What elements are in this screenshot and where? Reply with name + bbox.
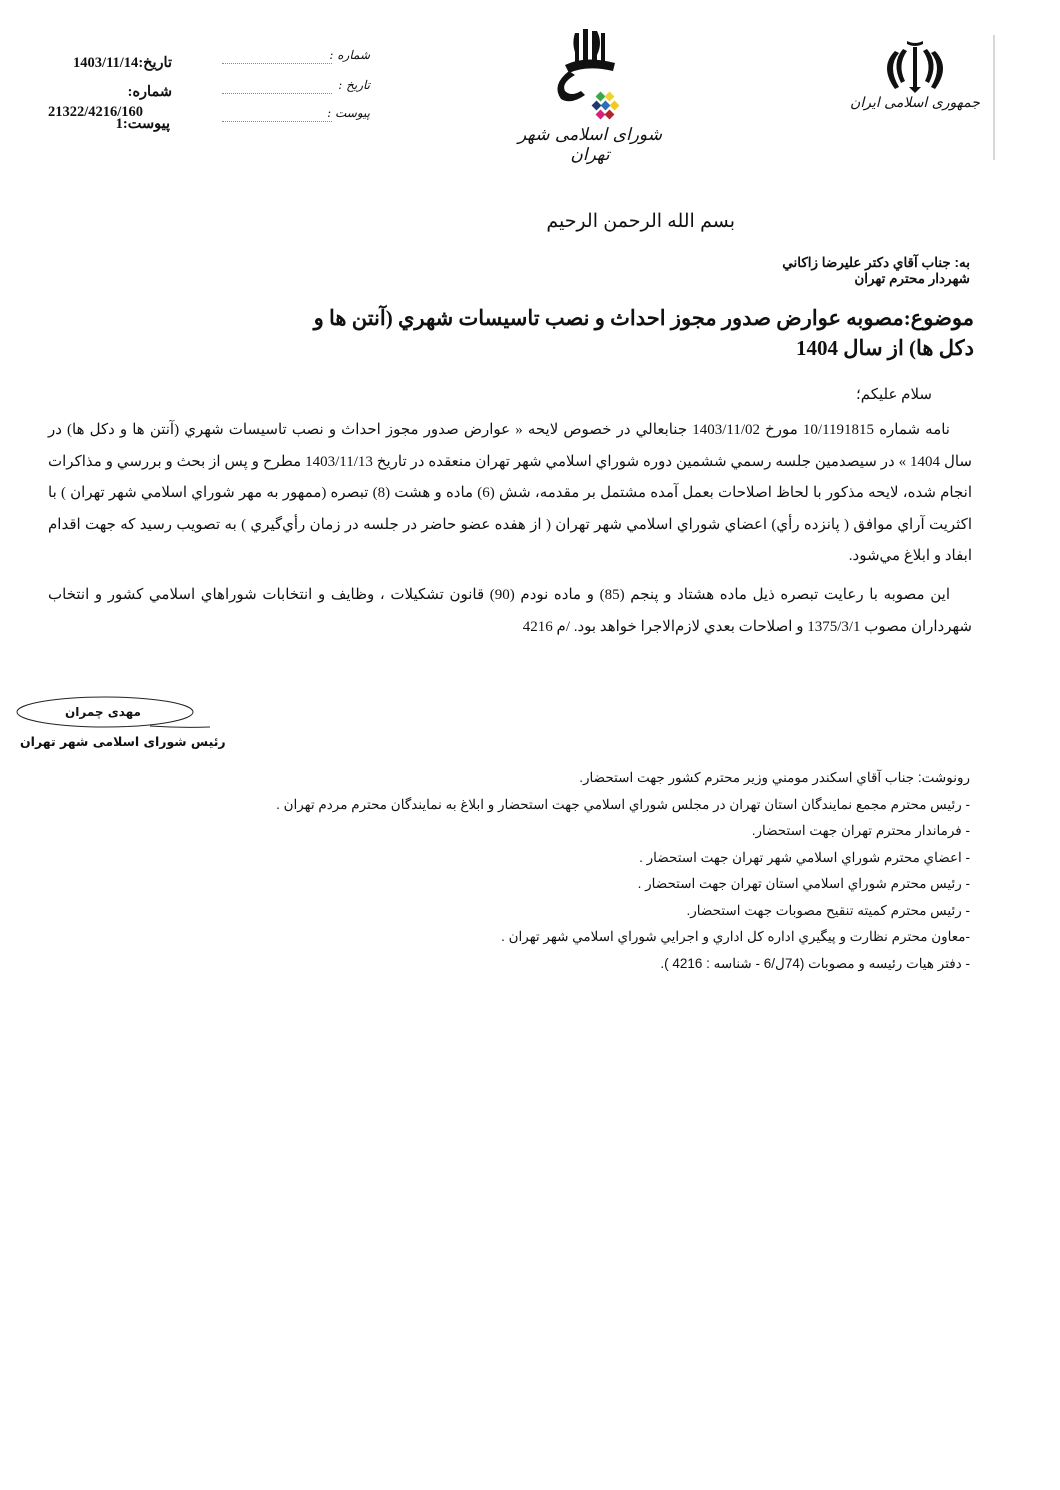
form-field-label: شماره : <box>329 48 370 62</box>
council-logo-text: شورای اسلامی شهر تهران <box>505 125 675 165</box>
dotted-line <box>222 121 332 122</box>
cc-item: - رئيس محترم كميته تنقيح مصوبات جهت استح… <box>170 898 970 925</box>
form-field-number: شماره : <box>222 50 370 68</box>
cc-list: رونوشت: جناب آقاي اسكندر مومني وزير محتر… <box>170 765 970 977</box>
letter-subject: موضوع:مصوبه عوارض صدور مجوز احداث و نصب … <box>274 303 974 363</box>
cc-item: -معاون محترم نظارت و پيگيري اداره كل ادا… <box>170 924 970 951</box>
form-field-label: پیوست : <box>327 106 370 120</box>
attachment-count: پیوست:1 <box>60 116 170 133</box>
cc-item: - دفتر هيات رئيسه و مصوبات (74ل/6 - شناس… <box>170 951 970 978</box>
header-divider <box>993 35 995 160</box>
cc-item: - رئيس محترم شوراي اسلامي استان تهران جه… <box>170 871 970 898</box>
signature-block: مهدی چمران رئیس شورای اسلامی شهر تهران <box>10 690 210 760</box>
recipient-name: به: جناب آقاي دكتر عليرضا زاكاني <box>782 255 970 271</box>
letter-date: تاریخ:1403/11/14 <box>48 55 172 72</box>
cc-item: رونوشت: جناب آقاي اسكندر مومني وزير محتر… <box>170 765 970 792</box>
signatory-title: رئیس شورای اسلامی شهر تهران <box>20 734 226 749</box>
iran-emblem-logo: جمهوری اسلامی ایران <box>845 35 985 125</box>
greeting: سلام علیکم؛ <box>856 385 932 404</box>
bismillah-heading: بسم الله الرحمن الرحیم <box>520 210 735 233</box>
iran-emblem-icon <box>845 35 985 97</box>
form-field-date: تاریخ : <box>222 80 370 98</box>
form-field-attachment: پیوست : <box>222 108 370 126</box>
dotted-line <box>222 63 332 64</box>
body-paragraph-1: نامه شماره 10/1191815 مورخ 1403/11/02 جن… <box>48 415 972 573</box>
cc-item: - اعضاي محترم شوراي اسلامي شهر تهران جهت… <box>170 845 970 872</box>
iran-logo-text: جمهوری اسلامی ایران <box>845 95 985 111</box>
dotted-line <box>222 93 332 94</box>
recipient-block: به: جناب آقاي دكتر عليرضا زاكاني شهردار … <box>782 255 970 287</box>
recipient-title: شهردار محترم تهران <box>782 271 970 287</box>
tehran-council-logo: شورای اسلامی شهر تهران <box>505 25 675 160</box>
cc-item: - رئيس محترم مجمع نمايندگان استان تهران … <box>170 792 970 819</box>
signatory-name: مهدی چمران <box>65 705 141 719</box>
cc-item: - فرماندار محترم تهران جهت استحضار. <box>170 818 970 845</box>
body-paragraph-2: اين مصوبه با رعايت تبصره ذيل ماده هشتاد … <box>48 580 972 643</box>
council-emblem-icon <box>505 25 675 125</box>
form-field-label: تاریخ : <box>338 78 370 92</box>
letter-number-label: شماره: <box>48 84 172 101</box>
